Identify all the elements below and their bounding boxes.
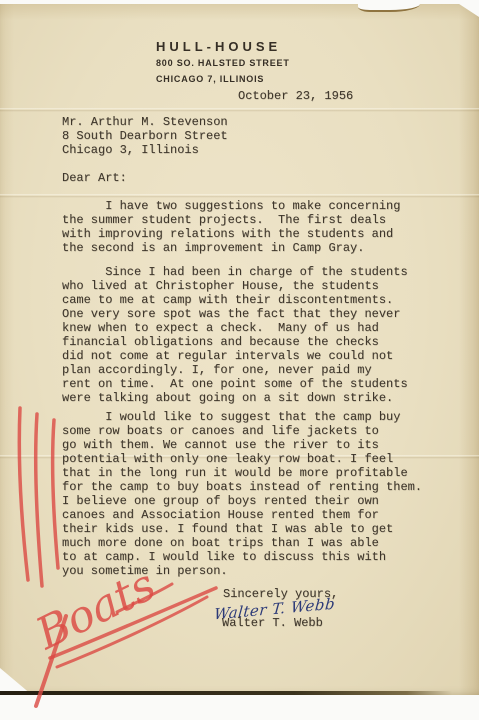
fold-crease-middle	[0, 194, 479, 198]
scan-background: { "letterhead": { "org_name": "HULL-HOUS…	[0, 0, 479, 720]
recipient-address-block: Mr. Arthur M. Stevenson 8 South Dearborn…	[62, 115, 228, 157]
paper-bottom-edge	[0, 691, 452, 695]
date-line: October 23, 1956	[238, 89, 353, 103]
fold-crease-top	[0, 108, 479, 112]
letterhead-org-name: HULL-HOUSE	[156, 39, 290, 54]
letter-paragraph-3: I would like to suggest that the camp bu…	[62, 410, 422, 578]
letterhead-address-line2: CHICAGO 7, ILLINOIS	[156, 73, 290, 86]
letter-paragraph-2: Since I had been in charge of the studen…	[62, 265, 408, 405]
letter-paragraph-1: I have two suggestions to make concernin…	[62, 199, 400, 255]
salutation: Dear Art:	[62, 171, 127, 185]
torn-edge-top	[358, 0, 420, 12]
letterhead: HULL-HOUSE 800 SO. HALSTED STREET CHICAG…	[156, 39, 290, 86]
typed-signature-name: Walter T. Webb	[222, 616, 323, 630]
torn-corner-top-right	[453, 0, 479, 17]
letterhead-address-line1: 800 SO. HALSTED STREET	[156, 57, 290, 70]
letter-paper: HULL-HOUSE 800 SO. HALSTED STREET CHICAG…	[0, 4, 479, 695]
